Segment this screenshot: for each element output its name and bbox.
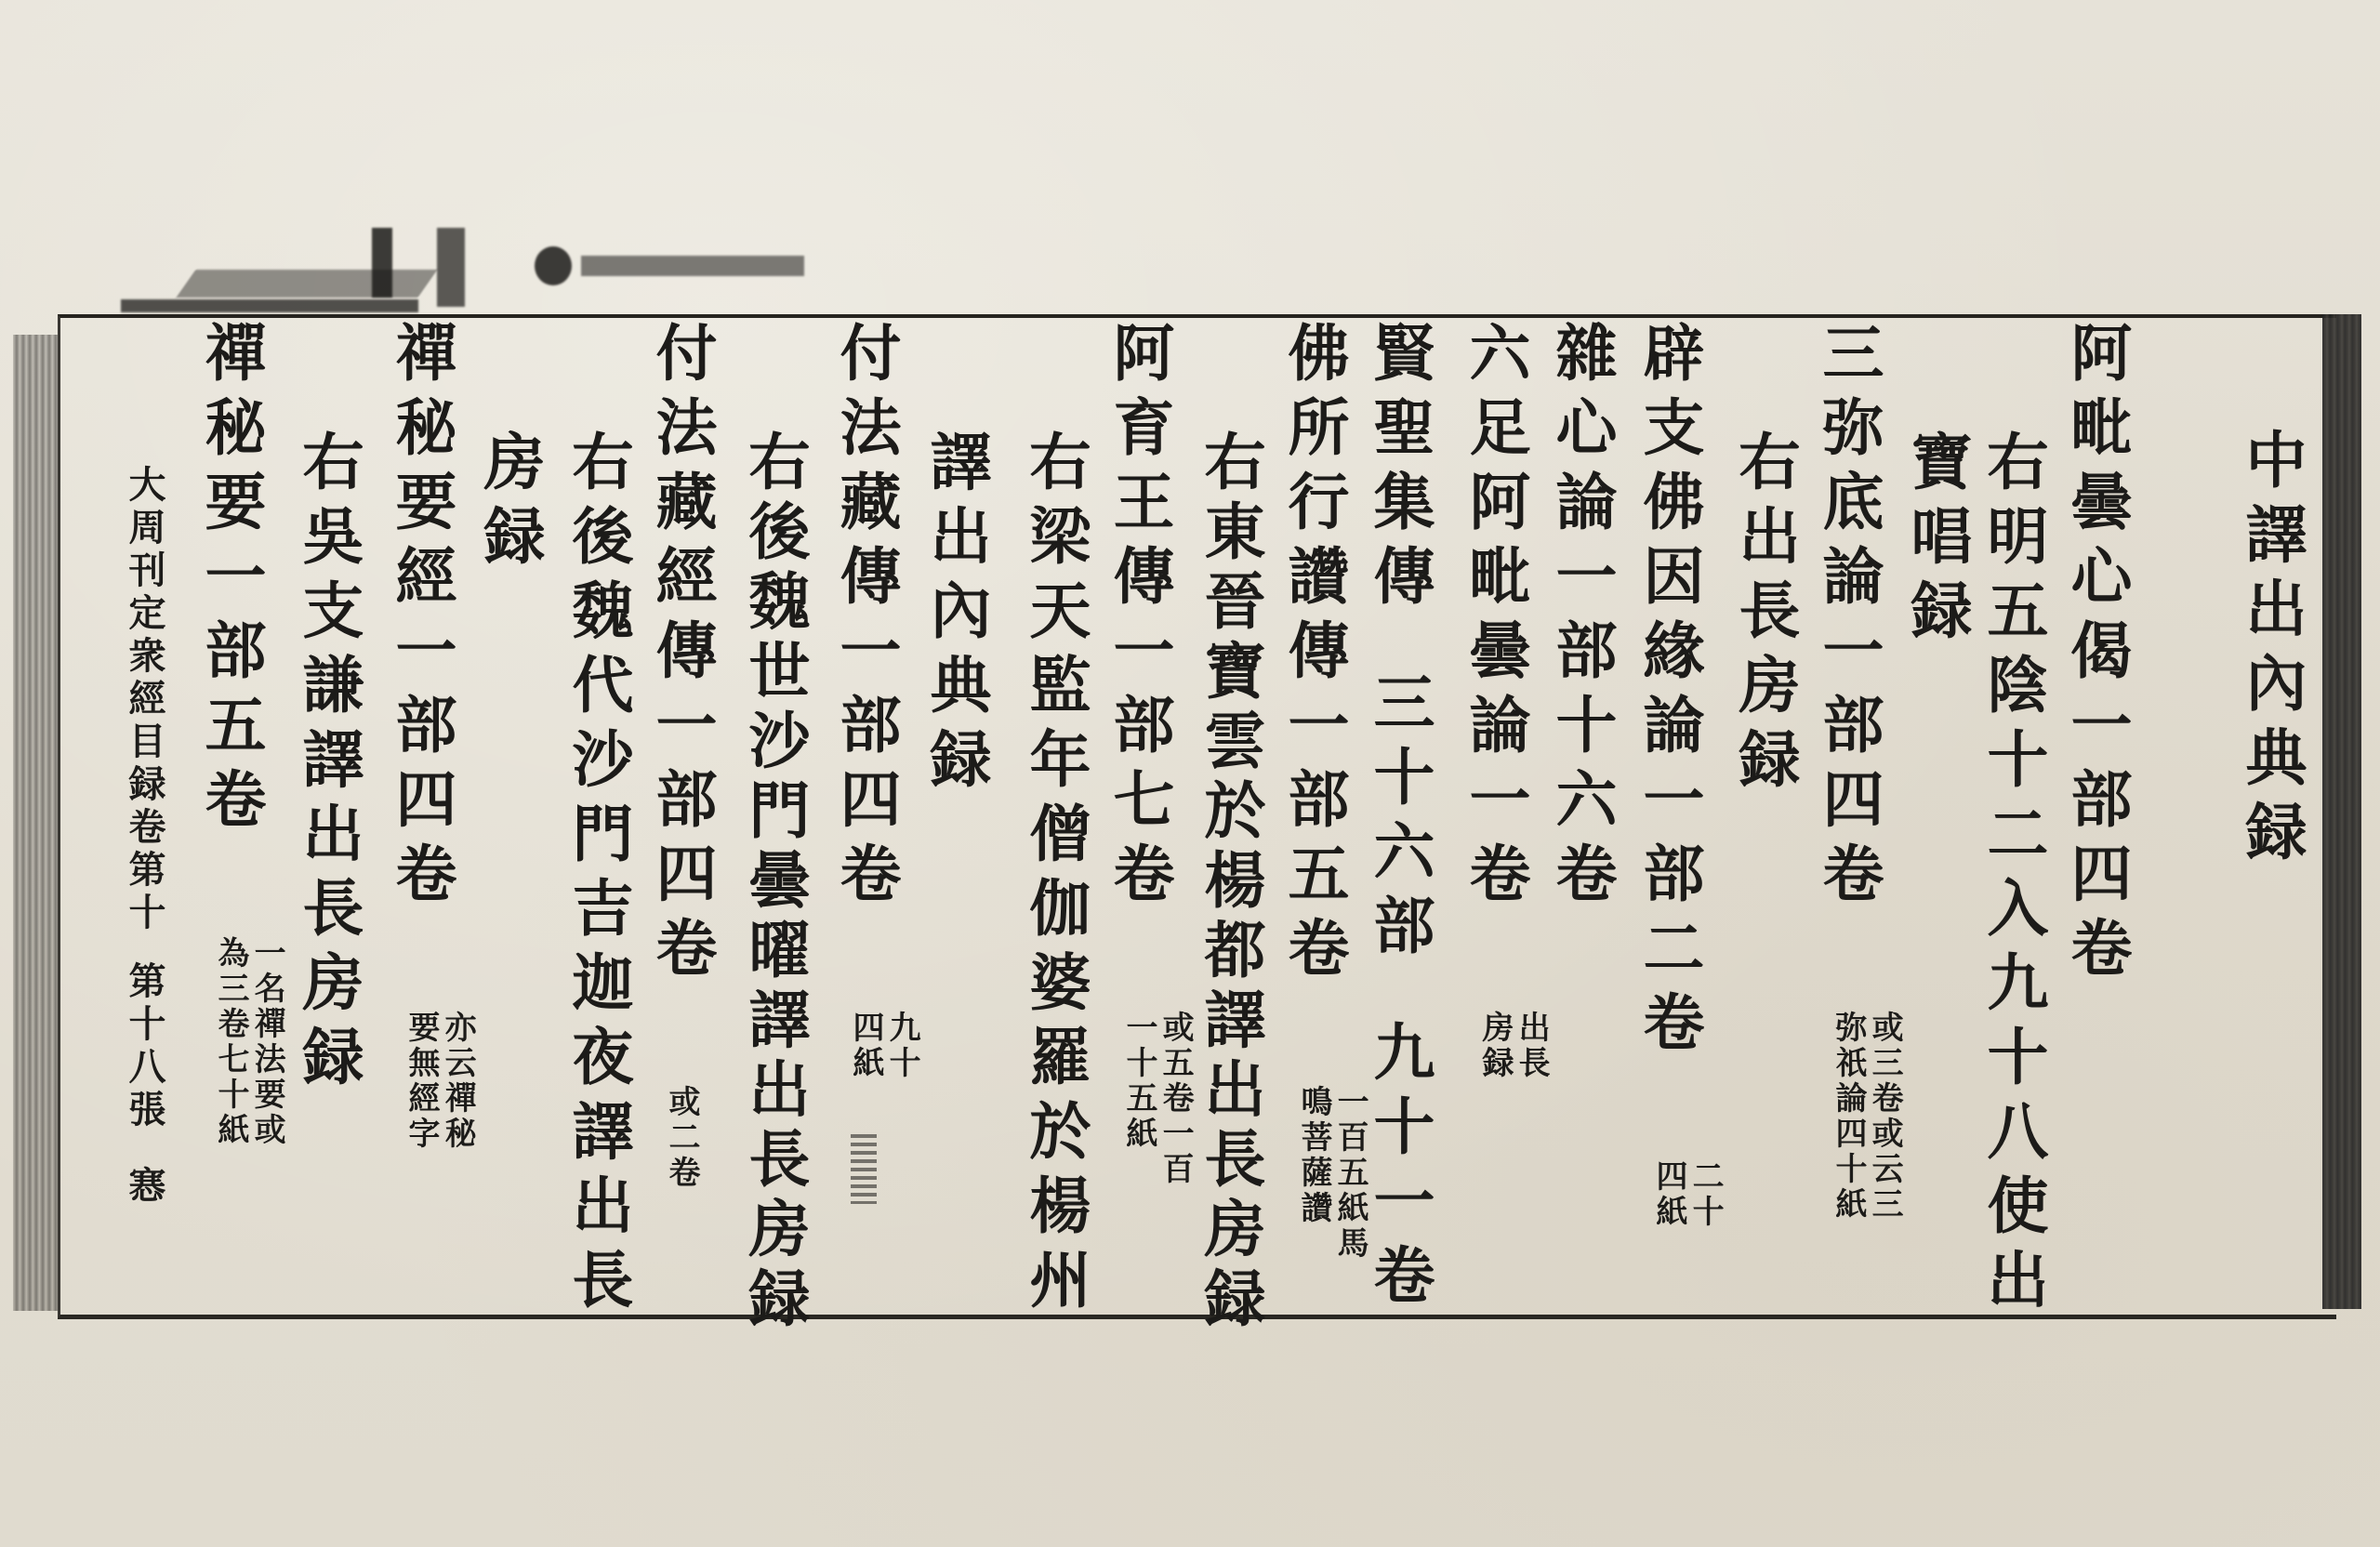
column-12: 右東晉寶雲於楊都譯出長房録 xyxy=(1199,430,1261,1336)
column-16-note: 九十 四紙 xyxy=(847,1011,919,1081)
column-3: 右明五陰十二入九十八使出 xyxy=(1982,430,2043,1322)
column-1: 中譯出內典録 xyxy=(2241,428,2302,874)
column-11: 佛所行讚傳一部五卷 一百五紙馬 鳴菩薩讚 xyxy=(1283,321,1368,1262)
column-15: 譯出內典録 xyxy=(925,430,986,801)
column-16: 付法藏傳一部四卷 九十 四紙 xyxy=(835,321,919,1081)
scanned-page: 中譯出內典録 阿毗曇心偈一部四卷 右明五陰十二入九十八使出 寶唱録 三弥底論一部… xyxy=(0,0,2380,1547)
column-5-note: 或三卷或云三 弥祇論四十紙 xyxy=(1830,1011,1902,1223)
frame-right-edge xyxy=(2322,314,2361,1309)
column-24-footer: 大周刊定衆經目録卷第十第十八張㥶 xyxy=(126,465,163,1209)
column-8: 雜心論一部十六卷 xyxy=(1551,321,1612,916)
column-23-note: 一名禪法要或 為三卷七十紙 xyxy=(212,936,284,1148)
column-21-note: 亦云禪秘 要無經字 xyxy=(403,1011,475,1152)
column-22: 右吳支謙譯出長房録 xyxy=(297,430,359,1099)
column-9-note: 出長 房録 xyxy=(1476,1011,1549,1081)
column-7: 辟支佛因緣論一部二卷 二十 四紙 xyxy=(1638,321,1723,1230)
column-18: 付法藏經傳一部四卷 或二卷 xyxy=(651,321,712,1191)
column-9: 六足阿毗曇論一卷 出長 房録 xyxy=(1464,321,1549,1081)
column-21: 禪秘要經一部四卷 亦云禪秘 要無經字 xyxy=(390,321,475,1152)
column-10: 賢聖集傳三十六部九十一卷 xyxy=(1368,321,1430,1317)
column-7-note: 二十 四紙 xyxy=(1650,1159,1723,1230)
column-6: 右出長房録 xyxy=(1734,430,1795,801)
column-4: 寶唱録 xyxy=(1906,430,1967,653)
column-17: 右後魏世沙門曇曜譯出長房録 xyxy=(744,430,805,1336)
ink-smudge xyxy=(535,246,572,285)
column-23: 禪秘要一部五卷 一名禪法要或 為三卷七十紙 xyxy=(200,321,284,1148)
ink-smear xyxy=(851,1134,877,1204)
frame-left-edge xyxy=(13,335,58,1311)
ink-smudge xyxy=(437,228,465,307)
column-14: 右梁天監年僧伽婆羅於楊州 xyxy=(1025,430,1086,1322)
column-11-note: 一百五紙馬 鳴菩薩讚 xyxy=(1295,1085,1368,1262)
ink-smudge xyxy=(176,270,437,297)
column-2: 阿毗曇心偈一部四卷 xyxy=(2066,321,2127,990)
ink-smudge xyxy=(121,299,418,312)
column-5: 三弥底論一部四卷 或三卷或云三 弥祇論四十紙 xyxy=(1818,321,1902,1223)
ink-smudge xyxy=(372,228,392,297)
column-19: 右後魏代沙門吉迦夜譯出長 xyxy=(567,430,628,1322)
column-18-note: 或二卷 xyxy=(663,1085,699,1191)
column-13: 阿育王傳一部七卷 或五卷一百 一十五紙 xyxy=(1108,321,1193,1187)
ink-smudge xyxy=(581,256,804,276)
column-20: 房録 xyxy=(479,430,540,578)
column-13-note: 或五卷一百 一十五紙 xyxy=(1120,1011,1193,1187)
